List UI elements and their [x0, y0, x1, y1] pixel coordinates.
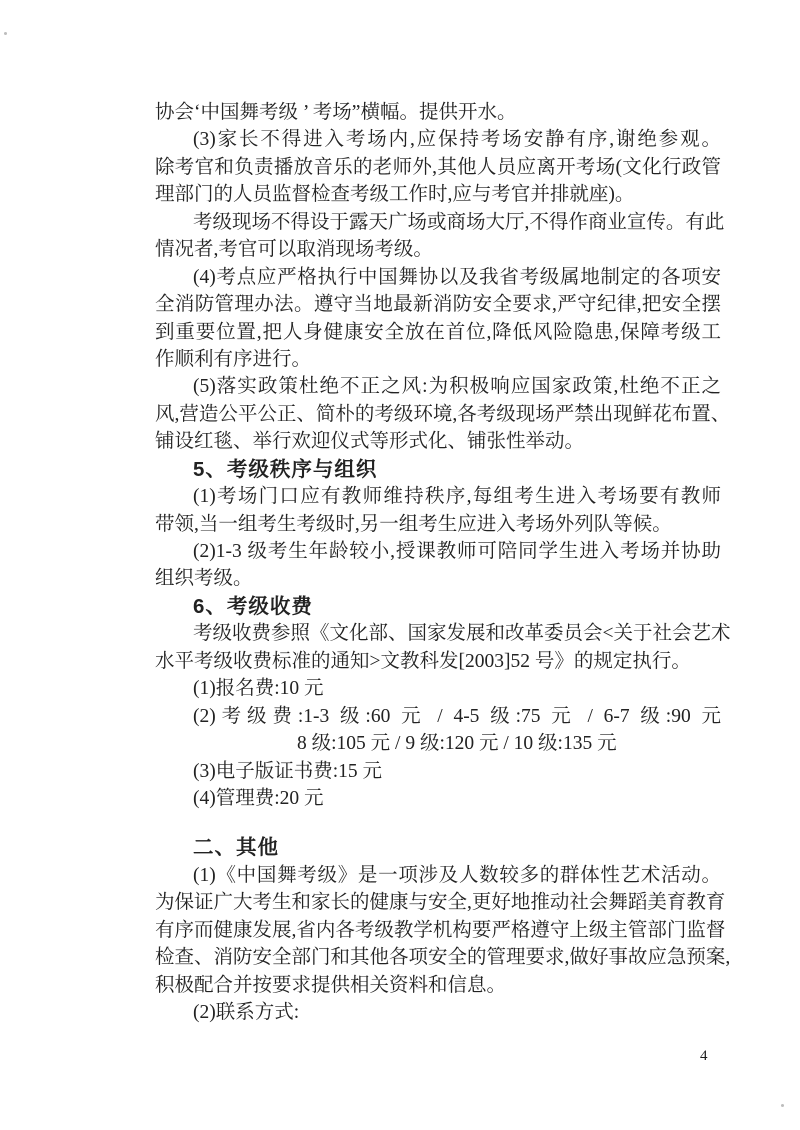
text-line: (1)考场门口应有教师维持秩序,每组考生进入考场要有教师: [155, 483, 721, 510]
text-line: 情况者,考官可以取消现场考级。: [155, 236, 721, 263]
text-line: 积极配合并按要求提供相关资料和信息。: [155, 972, 721, 999]
text-line: 考级收费参照《文化部、国家发展和改革委员会<关于社会艺术: [155, 620, 721, 647]
section-heading: 6、考级收费: [155, 593, 721, 620]
text-line: 带领,当一组考生考级时,另一组考生应进入考场外列队等候。: [155, 511, 721, 538]
text-line: 风,营造公平公正、简朴的考级环境,各考级现场严禁出现鲜花布置、: [155, 401, 721, 428]
text-line: (1)《中国舞考级》是一项涉及人数较多的群体性艺术活动。: [155, 862, 721, 889]
scan-speck: [4, 32, 7, 35]
text-line: 全消防管理办法。遵守当地最新消防安全要求,严守纪律,把安全摆: [155, 291, 721, 318]
text-line: (2)考级费:1-3 级:60 元 / 4-5 级:75 元 / 6-7 级:9…: [155, 703, 721, 730]
text-line: 为保证广大考生和家长的健康与安全,更好地推动社会舞蹈美育教育: [155, 889, 721, 916]
text-line: (3)家长不得进入考场内,应保持考场安静有序,谢绝参观。: [155, 126, 721, 153]
page-number: 4: [700, 1046, 708, 1066]
text-line: 到重要位置,把人身健康安全放在首位,降低风险隐患,保障考级工: [155, 319, 721, 346]
text-line: 作顺利有序进行。: [155, 346, 721, 373]
text-line: (4)考点应严格执行中国舞协以及我省考级属地制定的各项安: [155, 264, 721, 291]
section-heading: 二、其他: [155, 834, 721, 861]
text-line: (2)联系方式:: [155, 999, 721, 1026]
text-line: (4)管理费:20 元: [155, 785, 721, 812]
text-line: 考级现场不得设于露天广场或商场大厅,不得作商业宣传。有此: [155, 209, 721, 236]
text-line: (2)1-3 级考生年龄较小,授课教师可陪同学生进入考场并协助: [155, 538, 721, 565]
text-line: 水平考级收费标准的通知>文教科发[2003]52 号》的规定执行。: [155, 648, 721, 675]
section-heading: 5、考级秩序与组织: [155, 456, 721, 483]
text-line: 组织考级。: [155, 565, 721, 592]
document-body: 协会‘中国舞考级 ’ 考场”横幅。提供开水。(3)家长不得进入考场内,应保持考场…: [155, 99, 721, 1026]
text-line: 铺设红毯、举行欢迎仪式等形式化、铺张性举动。: [155, 428, 721, 455]
text-line: 8 级:105 元 / 9 级:120 元 / 10 级:135 元: [155, 730, 721, 757]
scan-speck: [781, 1104, 784, 1107]
text-line: 有序而健康发展,省内各考级教学机构要严格遵守上级主管部门监督: [155, 917, 721, 944]
text-line: 理部门的人员监督检查考级工作时,应与考官并排就座)。: [155, 181, 721, 208]
text-line: (1)报名费:10 元: [155, 675, 721, 702]
text-line: (3)电子版证书费:15 元: [155, 758, 721, 785]
text-line: (5)落实政策杜绝不正之风:为积极响应国家政策,杜绝不正之: [155, 373, 721, 400]
text-line: 除考官和负责播放音乐的老师外,其他人员应离开考场(文化行政管: [155, 154, 721, 181]
text-line: 检查、消防安全部门和其他各项安全的管理要求,做好事故应急预案,: [155, 944, 721, 971]
document-page: 协会‘中国舞考级 ’ 考场”横幅。提供开水。(3)家长不得进入考场内,应保持考场…: [0, 0, 800, 1130]
text-line: 协会‘中国舞考级 ’ 考场”横幅。提供开水。: [155, 99, 721, 126]
